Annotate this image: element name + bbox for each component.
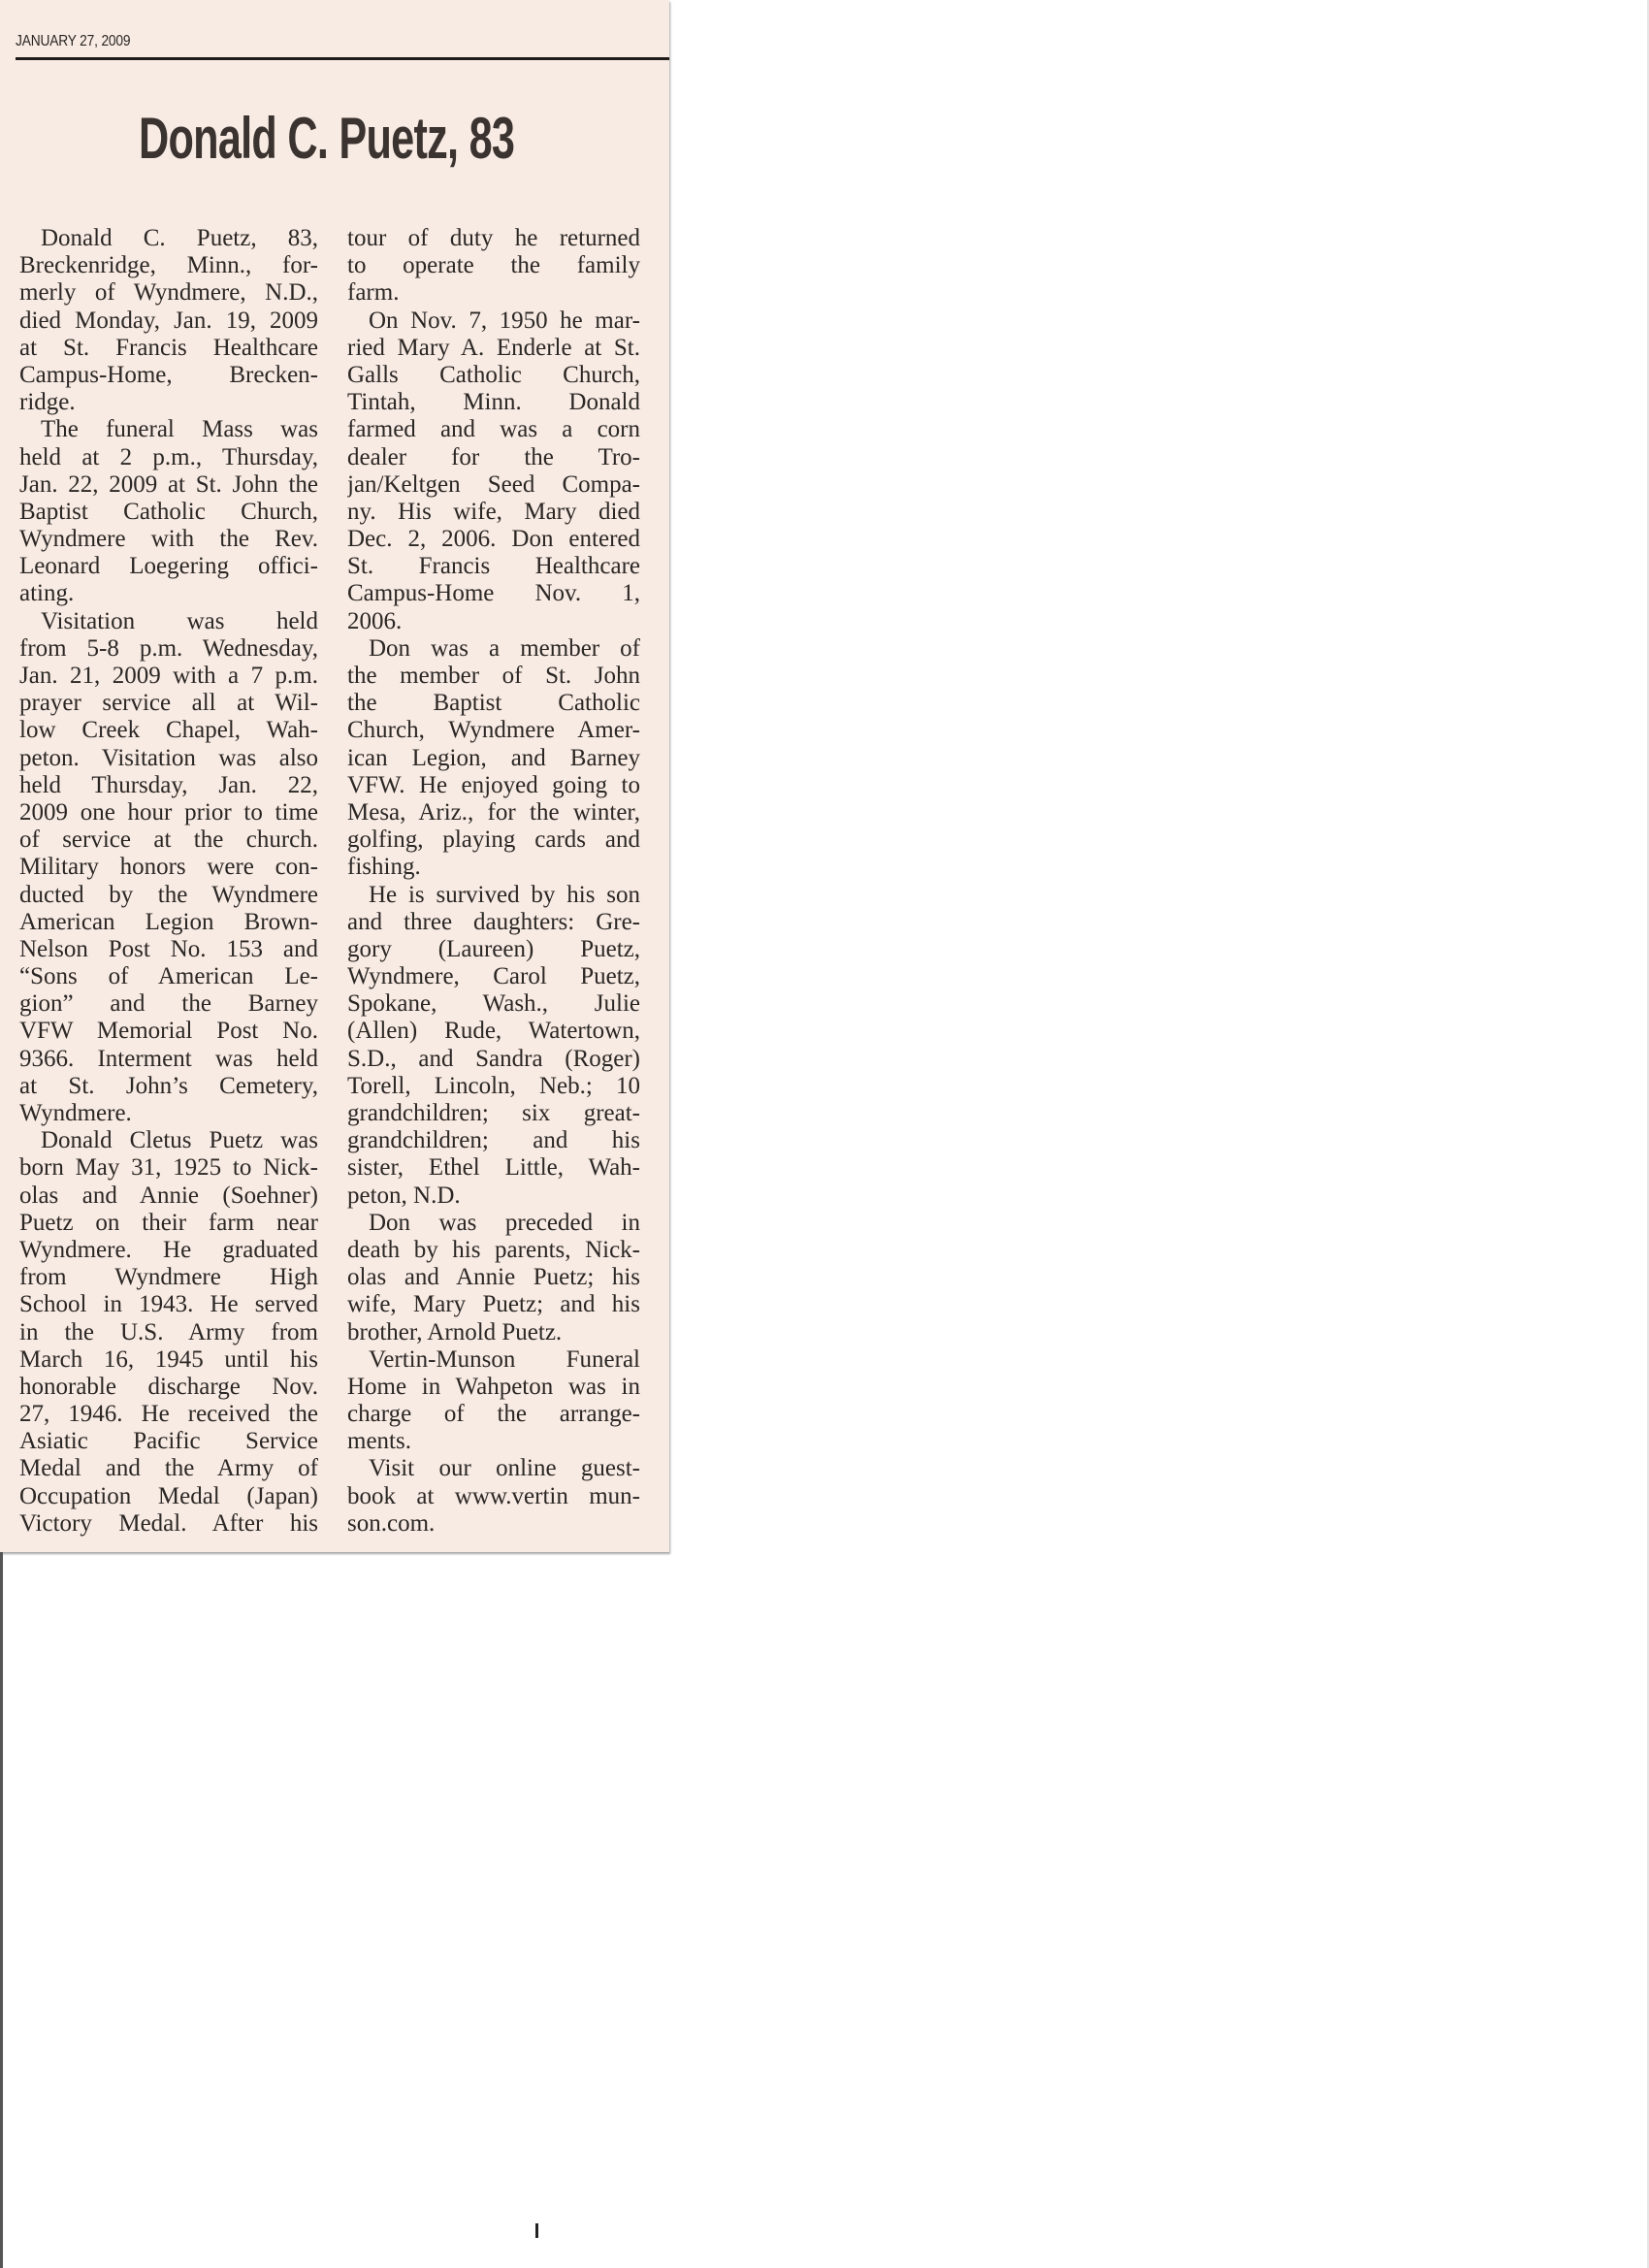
text-line: Victory Medal. After his bbox=[19, 1510, 318, 1538]
text-line: death by his parents, Nick- bbox=[347, 1237, 640, 1264]
text-line: farm. bbox=[347, 279, 640, 307]
text-line: Asiatic Pacific Service bbox=[19, 1428, 318, 1455]
text-line: Torell, Lincoln, Neb.; 10 bbox=[347, 1073, 640, 1100]
text-line: March 16, 1945 until his bbox=[19, 1346, 318, 1374]
text-line: Puetz on their farm near bbox=[19, 1210, 318, 1237]
text-line: honorable discharge Nov. bbox=[19, 1374, 318, 1401]
text-line: 27, 1946. He received the bbox=[19, 1401, 318, 1428]
text-line: brother, Arnold Puetz. bbox=[347, 1319, 640, 1346]
text-line: Vertin-Munson Funeral bbox=[347, 1346, 640, 1374]
text-line: and three daughters: Gre- bbox=[347, 909, 640, 936]
text-line: of service at the church. bbox=[19, 826, 318, 854]
text-line: Visitation was held bbox=[19, 608, 318, 635]
text-line: ridge. bbox=[19, 389, 318, 416]
text-line: merly of Wyndmere, N.D., bbox=[19, 279, 318, 307]
text-line: died Monday, Jan. 19, 2009 bbox=[19, 308, 318, 335]
text-line: peton. Visitation was also bbox=[19, 745, 318, 772]
text-line: wife, Mary Puetz; and his bbox=[347, 1291, 640, 1318]
text-line: Wyndmere with the Rev. bbox=[19, 526, 318, 553]
text-line: VFW Memorial Post No. bbox=[19, 1018, 318, 1045]
text-line: (Allen) Rude, Watertown, bbox=[347, 1018, 640, 1045]
text-line: ating. bbox=[19, 580, 318, 607]
text-line: ried Mary A. Enderle at St. bbox=[347, 335, 640, 362]
text-line: the member of St. John bbox=[347, 663, 640, 690]
text-line: farmed and was a corn bbox=[347, 416, 640, 443]
text-line: 9366. Interment was held bbox=[19, 1046, 318, 1073]
text-line: at St. John’s Cemetery, bbox=[19, 1073, 318, 1100]
text-line: American Legion Brown- bbox=[19, 909, 318, 936]
text-line: sister, Ethel Little, Wah- bbox=[347, 1154, 640, 1182]
text-line: golfing, playing cards and bbox=[347, 826, 640, 854]
publication-date: JANUARY 27, 2009 bbox=[16, 33, 130, 50]
text-line: Baptist Catholic Church, bbox=[19, 499, 318, 526]
obituary-headline: Donald C. Puetz, 83 bbox=[139, 105, 514, 172]
text-line: Church, Wyndmere Amer- bbox=[347, 717, 640, 744]
text-line: held Thursday, Jan. 22, bbox=[19, 772, 318, 799]
text-line: 2006. bbox=[347, 608, 640, 635]
text-line: son.com. bbox=[347, 1510, 640, 1538]
text-line: Jan. 22, 2009 at St. John the bbox=[19, 471, 318, 499]
text-line: Donald Cletus Puetz was bbox=[19, 1127, 318, 1154]
text-line: low Creek Chapel, Wah- bbox=[19, 717, 318, 744]
text-line: peton, N.D. bbox=[347, 1183, 640, 1210]
text-line: On Nov. 7, 1950 he mar- bbox=[347, 308, 640, 335]
text-line: Mesa, Ariz., for the winter, bbox=[347, 799, 640, 826]
text-line: to operate the family bbox=[347, 252, 640, 279]
text-line: VFW. He enjoyed going to bbox=[347, 772, 640, 799]
text-line: Don was preceded in bbox=[347, 1210, 640, 1237]
text-line: gion” and the Barney bbox=[19, 990, 318, 1018]
text-line: grandchildren; and his bbox=[347, 1127, 640, 1154]
text-line: Military honors were con- bbox=[19, 854, 318, 881]
text-line: tour of duty he returned bbox=[347, 225, 640, 252]
text-line: The funeral Mass was bbox=[19, 416, 318, 443]
text-line: Donald C. Puetz, 83, bbox=[19, 225, 318, 252]
text-line: ny. His wife, Mary died bbox=[347, 499, 640, 526]
text-line: Campus-Home Nov. 1, bbox=[347, 580, 640, 607]
header-rule bbox=[16, 57, 669, 60]
text-line: ican Legion, and Barney bbox=[347, 745, 640, 772]
text-line: gory (Laureen) Puetz, bbox=[347, 936, 640, 963]
text-line: S.D., and Sandra (Roger) bbox=[347, 1046, 640, 1073]
text-line: Campus-Home, Brecken- bbox=[19, 362, 318, 389]
text-line: jan/Keltgen Seed Compa- bbox=[347, 471, 640, 499]
text-line: Dec. 2, 2006. Don entered bbox=[347, 526, 640, 553]
text-line: St. Francis Healthcare bbox=[347, 553, 640, 580]
text-line: Nelson Post No. 153 and bbox=[19, 936, 318, 963]
text-line: School in 1943. He served bbox=[19, 1291, 318, 1318]
text-line: Visit our online guest- bbox=[347, 1455, 640, 1482]
text-line: from 5-8 p.m. Wednesday, bbox=[19, 635, 318, 663]
text-line: book at www.vertin mun- bbox=[347, 1483, 640, 1510]
obituary-column-right: tour of duty he returnedto operate the f… bbox=[347, 225, 640, 1538]
text-line: He is survived by his son bbox=[347, 882, 640, 909]
text-line: charge of the arrange- bbox=[347, 1401, 640, 1428]
text-line: Wyndmere, Carol Puetz, bbox=[347, 963, 640, 990]
text-line: dealer for the Tro- bbox=[347, 444, 640, 471]
text-line: the Baptist Catholic bbox=[347, 690, 640, 717]
newspaper-clipping: JANUARY 27, 2009 Donald C. Puetz, 83 Don… bbox=[0, 0, 669, 1552]
text-line: Jan. 21, 2009 with a 7 p.m. bbox=[19, 663, 318, 690]
text-line: ducted by the Wyndmere bbox=[19, 882, 318, 909]
text-line: ments. bbox=[347, 1428, 640, 1455]
scan-mark bbox=[535, 2223, 538, 2238]
text-line: olas and Annie Puetz; his bbox=[347, 1264, 640, 1291]
text-line: prayer service all at Wil- bbox=[19, 690, 318, 717]
text-line: olas and Annie (Soehner) bbox=[19, 1183, 318, 1210]
text-line: at St. Francis Healthcare bbox=[19, 335, 318, 362]
text-line: fishing. bbox=[347, 854, 640, 881]
text-line: Tintah, Minn. Donald bbox=[347, 389, 640, 416]
text-line: Spokane, Wash., Julie bbox=[347, 990, 640, 1018]
text-line: Don was a member of bbox=[347, 635, 640, 663]
text-line: Breckenridge, Minn., for- bbox=[19, 252, 318, 279]
text-line: Wyndmere. bbox=[19, 1100, 318, 1127]
text-line: Wyndmere. He graduated bbox=[19, 1237, 318, 1264]
text-line: born May 31, 1925 to Nick- bbox=[19, 1154, 318, 1182]
scan-edge-line bbox=[0, 1552, 3, 2268]
text-line: Leonard Loegering offici- bbox=[19, 553, 318, 580]
text-line: Home in Wahpeton was in bbox=[347, 1374, 640, 1401]
text-line: in the U.S. Army from bbox=[19, 1319, 318, 1346]
text-line: held at 2 p.m., Thursday, bbox=[19, 444, 318, 471]
text-line: from Wyndmere High bbox=[19, 1264, 318, 1291]
text-line: Occupation Medal (Japan) bbox=[19, 1483, 318, 1510]
text-line: Medal and the Army of bbox=[19, 1455, 318, 1482]
text-line: Galls Catholic Church, bbox=[347, 362, 640, 389]
text-line: 2009 one hour prior to time bbox=[19, 799, 318, 826]
text-line: grandchildren; six great- bbox=[347, 1100, 640, 1127]
obituary-column-left: Donald C. Puetz, 83,Breckenridge, Minn.,… bbox=[19, 225, 318, 1538]
text-line: “Sons of American Le- bbox=[19, 963, 318, 990]
